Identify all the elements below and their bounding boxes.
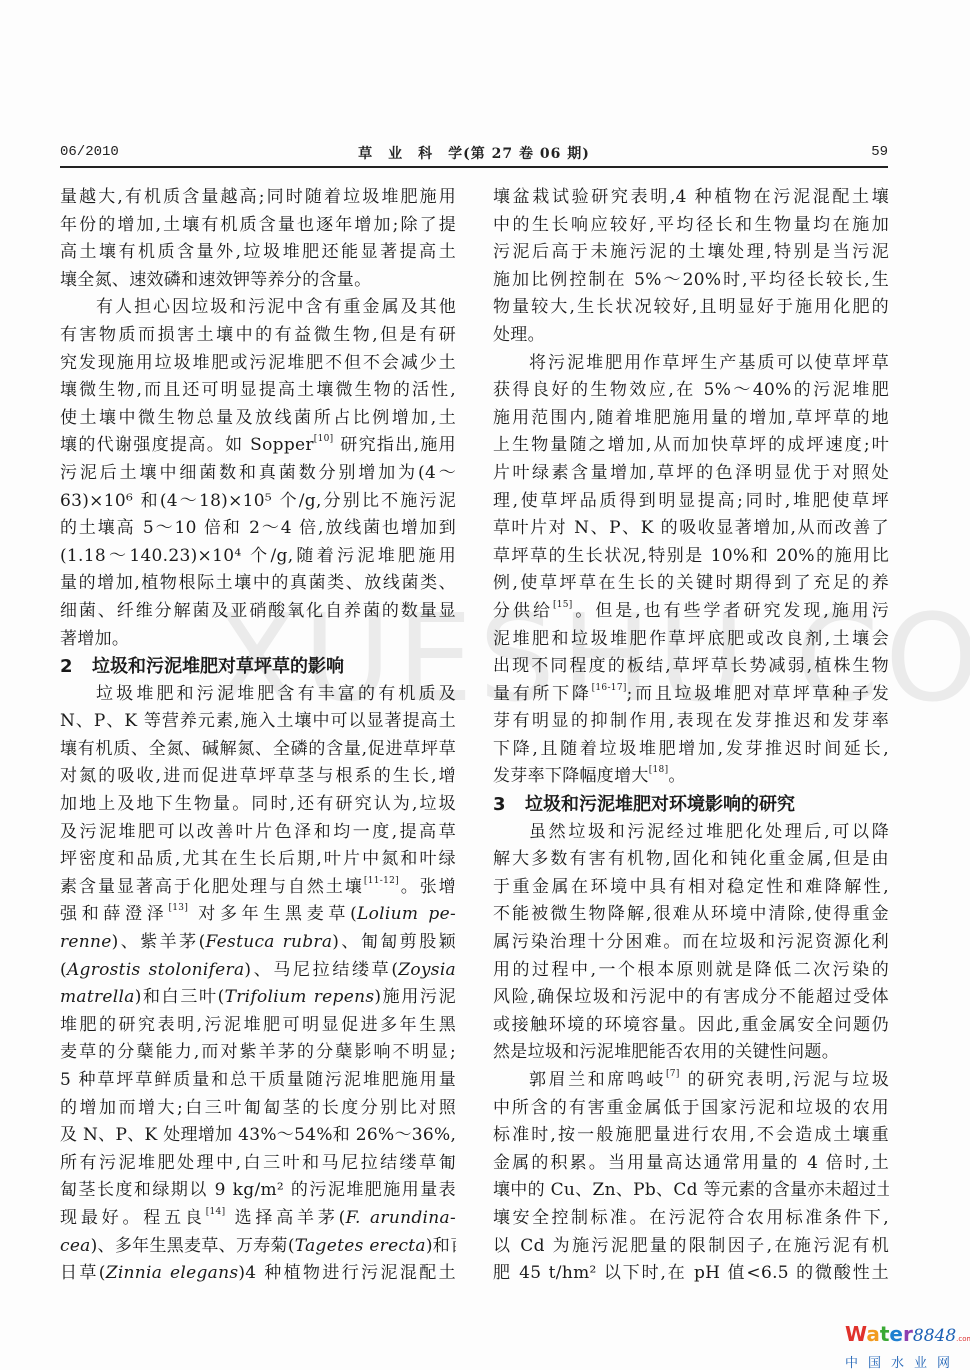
- text-line: (1.18～140.23)×10⁴ 个/g,随着污泥堆肥施用: [60, 543, 456, 571]
- text-line: 用的过程中,一个根本原则就是降低二次污染的: [493, 957, 889, 985]
- text-line: 片叶绿素含量增加,草坪的色泽明显优于对照处: [493, 460, 889, 488]
- text-line: 的土壤高 5～10 倍和 2～4 倍,放线菌也增加到: [60, 515, 456, 543]
- text-line: 物量较大,生长状况较好,且明显好于施用化肥的: [493, 294, 889, 322]
- text-line: 污泥后土壤中细菌数和真菌数分别增加为(4～: [60, 460, 456, 488]
- species-name: matrella: [60, 987, 135, 1007]
- text-line: 出现不同程度的板结,草坪草长势减弱,植株生物: [493, 653, 889, 681]
- citation-ref: [14]: [206, 1207, 226, 1217]
- species-name: F. arundina-: [346, 1208, 456, 1228]
- text-line: 处理。: [493, 322, 889, 350]
- running-header: 06/2010 草 业 科 学(第 27 卷 06 期) 59: [60, 140, 888, 164]
- section-title: 垃圾和污泥堆肥对环境影响的研究: [525, 794, 795, 815]
- text-line: 加地上及地下生物量。同时,还有研究认为,垃圾: [60, 791, 456, 819]
- text-line: 及污泥堆肥可以改善叶片色泽和均一度,提高草: [60, 819, 456, 847]
- species-name: cea: [60, 1236, 91, 1256]
- text-line: 现最好。程五良[14] 选择高羊茅(F. arundina-: [60, 1205, 456, 1233]
- citation-ref: [16-17]: [592, 683, 627, 693]
- text-line: 肥 45 t/hm² 以下时,在 pH 值<6.5 的微酸性土: [493, 1260, 889, 1288]
- text-line: 壤的代谢强度提高。如 Sopper[10] 研究指出,施用: [60, 432, 456, 460]
- species-name: Festuca rubra: [206, 932, 333, 952]
- text-line: 或接触环境的环境容量。因此,重金属安全问题仍: [493, 1012, 889, 1040]
- logo-brand: Water8848.com: [845, 1324, 969, 1349]
- text-line: 壤中的 Cu、Zn、Pb、Cd 等元素的含量亦未超过土: [493, 1177, 889, 1205]
- citation-ref: [11-12]: [364, 876, 399, 886]
- logo-letter: t: [880, 1322, 890, 1346]
- logo-letter: a: [866, 1322, 880, 1346]
- text-line: 坪密度和品质,尤其在生长后期,叶片中氮和叶绿: [60, 846, 456, 874]
- section-title: 垃圾和污泥堆肥对草坪草的影响: [92, 656, 344, 677]
- text-line: 泥堆肥和垃圾堆肥作草坪底肥或改良剂,土壤会: [493, 626, 889, 654]
- logo-letter: r: [903, 1322, 913, 1346]
- text-line: renne)、紫羊茅(Festuca rubra)、匍匐剪股颖: [60, 929, 456, 957]
- text-line: 所有污泥堆肥处理中,白三叶和马尼拉结缕草匍: [60, 1150, 456, 1178]
- text-line: cea)、多年生黑麦草、万寿菊(Tagetes erecta)和百: [60, 1233, 456, 1261]
- text-line: 壤全氮、速效磷和速效钾等养分的含量。: [60, 267, 456, 295]
- text-line: 量的增加,植物根际土壤中的真菌类、放线菌类、: [60, 570, 456, 598]
- species-name: Trifolium repens: [225, 987, 375, 1007]
- text-line: 以 Cd 为施污泥肥量的限制因子,在施污泥有机: [493, 1233, 889, 1261]
- text-line: 对氮的吸收,进而促进草坪草茎与根系的生长,增: [60, 763, 456, 791]
- text-line: 草叶片对 N、P、K 的吸收显著增加,从而改善了: [493, 515, 889, 543]
- logo-letter: e: [889, 1322, 903, 1346]
- text-line: 壤微生物,而且还可明显提高土壤微生物的活性,: [60, 377, 456, 405]
- species-name: Zoysia: [398, 960, 456, 980]
- species-name: renne: [60, 932, 112, 952]
- text-line: 施加比例控制在 5%～20%时,平均径长较长,生: [493, 267, 889, 295]
- citation-ref: [15]: [553, 600, 573, 610]
- logo-chinese-name: 中国水业网: [845, 1352, 969, 1370]
- species-name: Agrostis stolonifera: [67, 960, 244, 980]
- text-line: 虽然垃圾和污泥经过堆肥化处理后,可以降: [493, 819, 889, 847]
- text-line: 高土壤有机质含量外,垃圾堆肥还能显著提高土: [60, 239, 456, 267]
- section-heading: 3垃圾和污泥堆肥对环境影响的研究: [493, 791, 889, 819]
- text-line: 解大多数有害有机物,固化和钝化重金属,但是由: [493, 846, 889, 874]
- text-line: 的增加而增大;白三叶匍匐茎的长度分别比对照: [60, 1095, 456, 1123]
- text-line: 量越大,有机质含量越高;同时随着垃圾堆肥施用: [60, 184, 456, 212]
- text-line: 有害物质而损害土壤中的有益微生物,但是有研: [60, 322, 456, 350]
- text-line: 著增加。: [60, 626, 456, 654]
- logo-letter: W: [845, 1322, 866, 1346]
- text-line: 有人担心因垃圾和污泥中含有重金属及其他: [60, 294, 456, 322]
- section-number: 3: [493, 791, 525, 819]
- logo-brand-letters: Water: [845, 1322, 913, 1346]
- species-name: Zinnia elegans: [106, 1263, 239, 1283]
- right-column: 壤盆栽试验研究表明,4 种植物在污泥混配土壤中的生长响应较好,平均径长和生物量均…: [493, 184, 889, 1288]
- text-line: 分供给[15]。但是,也有些学者研究发现,施用污: [493, 598, 889, 626]
- text-line: 壤有机质、全氮、碱解氮、全磷的含量,促进草坪草: [60, 736, 456, 764]
- text-line: 然是垃圾和污泥堆肥能否农用的关键性问题。: [493, 1039, 889, 1067]
- text-line: 使土壤中微生物总量及放线菌所占比例增加,土: [60, 405, 456, 433]
- text-line: 属污染治理十分困难。而在垃圾和污泥资源化利: [493, 929, 889, 957]
- page-number: 59: [871, 144, 888, 160]
- text-line: 堆肥的研究表明,污泥堆肥可明显促进多年生黑: [60, 1012, 456, 1040]
- left-column: 量越大,有机质含量越高;同时随着垃圾堆肥施用年份的增加,土壤有机质含量也逐年增加…: [60, 184, 456, 1288]
- citation-ref: [7]: [666, 1069, 680, 1079]
- logo-dotcom: .com: [956, 1335, 970, 1343]
- journal-title: 草 业 科 学(第 27 卷 06 期): [60, 143, 888, 163]
- citation-ref: [10]: [314, 434, 334, 444]
- logo-number: 8848: [913, 1326, 956, 1346]
- citation-ref: [13]: [168, 903, 188, 913]
- site-logo[interactable]: Water8848.com 中国水业网: [845, 1324, 969, 1368]
- text-line: 污泥后高于未施污泥的土壤处理,特别是当污泥: [493, 239, 889, 267]
- text-line: (Agrostis stolonifera)、马尼拉结缕草(Zoysia: [60, 957, 456, 985]
- text-line: 麦草的分蘖能力,而对紫羊茅的分蘖影响不明显;: [60, 1039, 456, 1067]
- text-line: 下降,且随着垃圾堆肥增加,发芽推迟时间延长,: [493, 736, 889, 764]
- text-line: 标准时,按一般施肥量进行农用,不会造成土壤重: [493, 1122, 889, 1150]
- text-line: 上生物量随之增加,从而加快草坪的成坪速度;叶: [493, 432, 889, 460]
- text-line: 将污泥堆肥用作草坪生产基质可以使草坪草: [493, 350, 889, 378]
- section-heading: 2垃圾和污泥堆肥对草坪草的影响: [60, 653, 456, 681]
- text-line: 垃圾堆肥和污泥堆肥含有丰富的有机质及: [60, 681, 456, 709]
- header-rule: [60, 166, 888, 168]
- text-line: 郭眉兰和席鸣岐[7] 的研究表明,污泥与垃圾: [493, 1067, 889, 1095]
- text-line: 不能被微生物降解,很难从环境中清除,使得重金: [493, 901, 889, 929]
- text-line: 施用范围内,随着堆肥施用量的增加,草坪草的地: [493, 405, 889, 433]
- text-line: 细菌、纤维分解菌及亚硝酸氧化自养菌的数量显: [60, 598, 456, 626]
- text-line: matrella)和白三叶(Trifolium repens)施用污泥: [60, 984, 456, 1012]
- text-line: 究发现施用垃圾堆肥或污泥堆肥不但不会减少土: [60, 350, 456, 378]
- text-line: 获得良好的生物效应,在 5%～40%的污泥堆肥: [493, 377, 889, 405]
- text-line: 理,使草坪品质得到明显提高;同时,堆肥使草坪: [493, 488, 889, 516]
- text-line: 壤安全控制标准。在污泥符合农用标准条件下,: [493, 1205, 889, 1233]
- text-line: 发芽率下降幅度增大[18]。: [493, 763, 889, 791]
- text-line: 金属的积累。当用量高达通常用量的 4 倍时,土: [493, 1150, 889, 1178]
- text-line: N、P、K 等营养元素,施入土壤中可以显著提高土: [60, 708, 456, 736]
- text-line: 及 N、P、K 处理增加 43%～54%和 26%～36%,: [60, 1122, 456, 1150]
- text-line: 壤盆栽试验研究表明,4 种植物在污泥混配土壤: [493, 184, 889, 212]
- text-line: 芽有明显的抑制作用,表现在发芽推迟和发芽率: [493, 708, 889, 736]
- text-line: 草坪草的生长状况,特别是 10%和 20%的施用比: [493, 543, 889, 571]
- species-name: Tagetes erecta: [295, 1236, 426, 1256]
- section-number: 2: [60, 653, 92, 681]
- text-line: 中的生长响应较好,平均径长和生物量均在施加: [493, 212, 889, 240]
- text-line: 风险,确保垃圾和污泥中的有害成分不能超过受体: [493, 984, 889, 1012]
- text-line: 年份的增加,土壤有机质含量也逐年增加;除了提: [60, 212, 456, 240]
- text-line: 日草(Zinnia elegans)4 种植物进行污泥混配土: [60, 1260, 456, 1288]
- text-line: 强和薛澄泽[13] 对多年生黑麦草(Lolium pe-: [60, 901, 456, 929]
- text-line: 量有所下降[16-17];而且垃圾堆肥对草坪草种子发: [493, 681, 889, 709]
- text-line: 5 种草坪草鲜质量和总干质量随污泥堆肥施用量: [60, 1067, 456, 1095]
- citation-ref: [18]: [649, 765, 669, 775]
- text-line: 例,使草坪草在生长的关键时期得到了充足的养: [493, 570, 889, 598]
- species-name: Lolium pe-: [357, 904, 456, 924]
- text-line: 素含量显著高于化肥处理与自然土壤[11-12]。张增: [60, 874, 456, 902]
- text-line: 于重金属在环境中具有相对稳定性和难降解性,: [493, 874, 889, 902]
- text-line: 匐茎长度和绿期以 9 kg/m² 的污泥堆肥施用量表: [60, 1177, 456, 1205]
- text-line: 63)×10⁶ 和(4～18)×10⁵ 个/g,分别比不施污泥: [60, 488, 456, 516]
- text-line: 中所含的有害重金属低于国家污泥和垃圾的农用: [493, 1095, 889, 1123]
